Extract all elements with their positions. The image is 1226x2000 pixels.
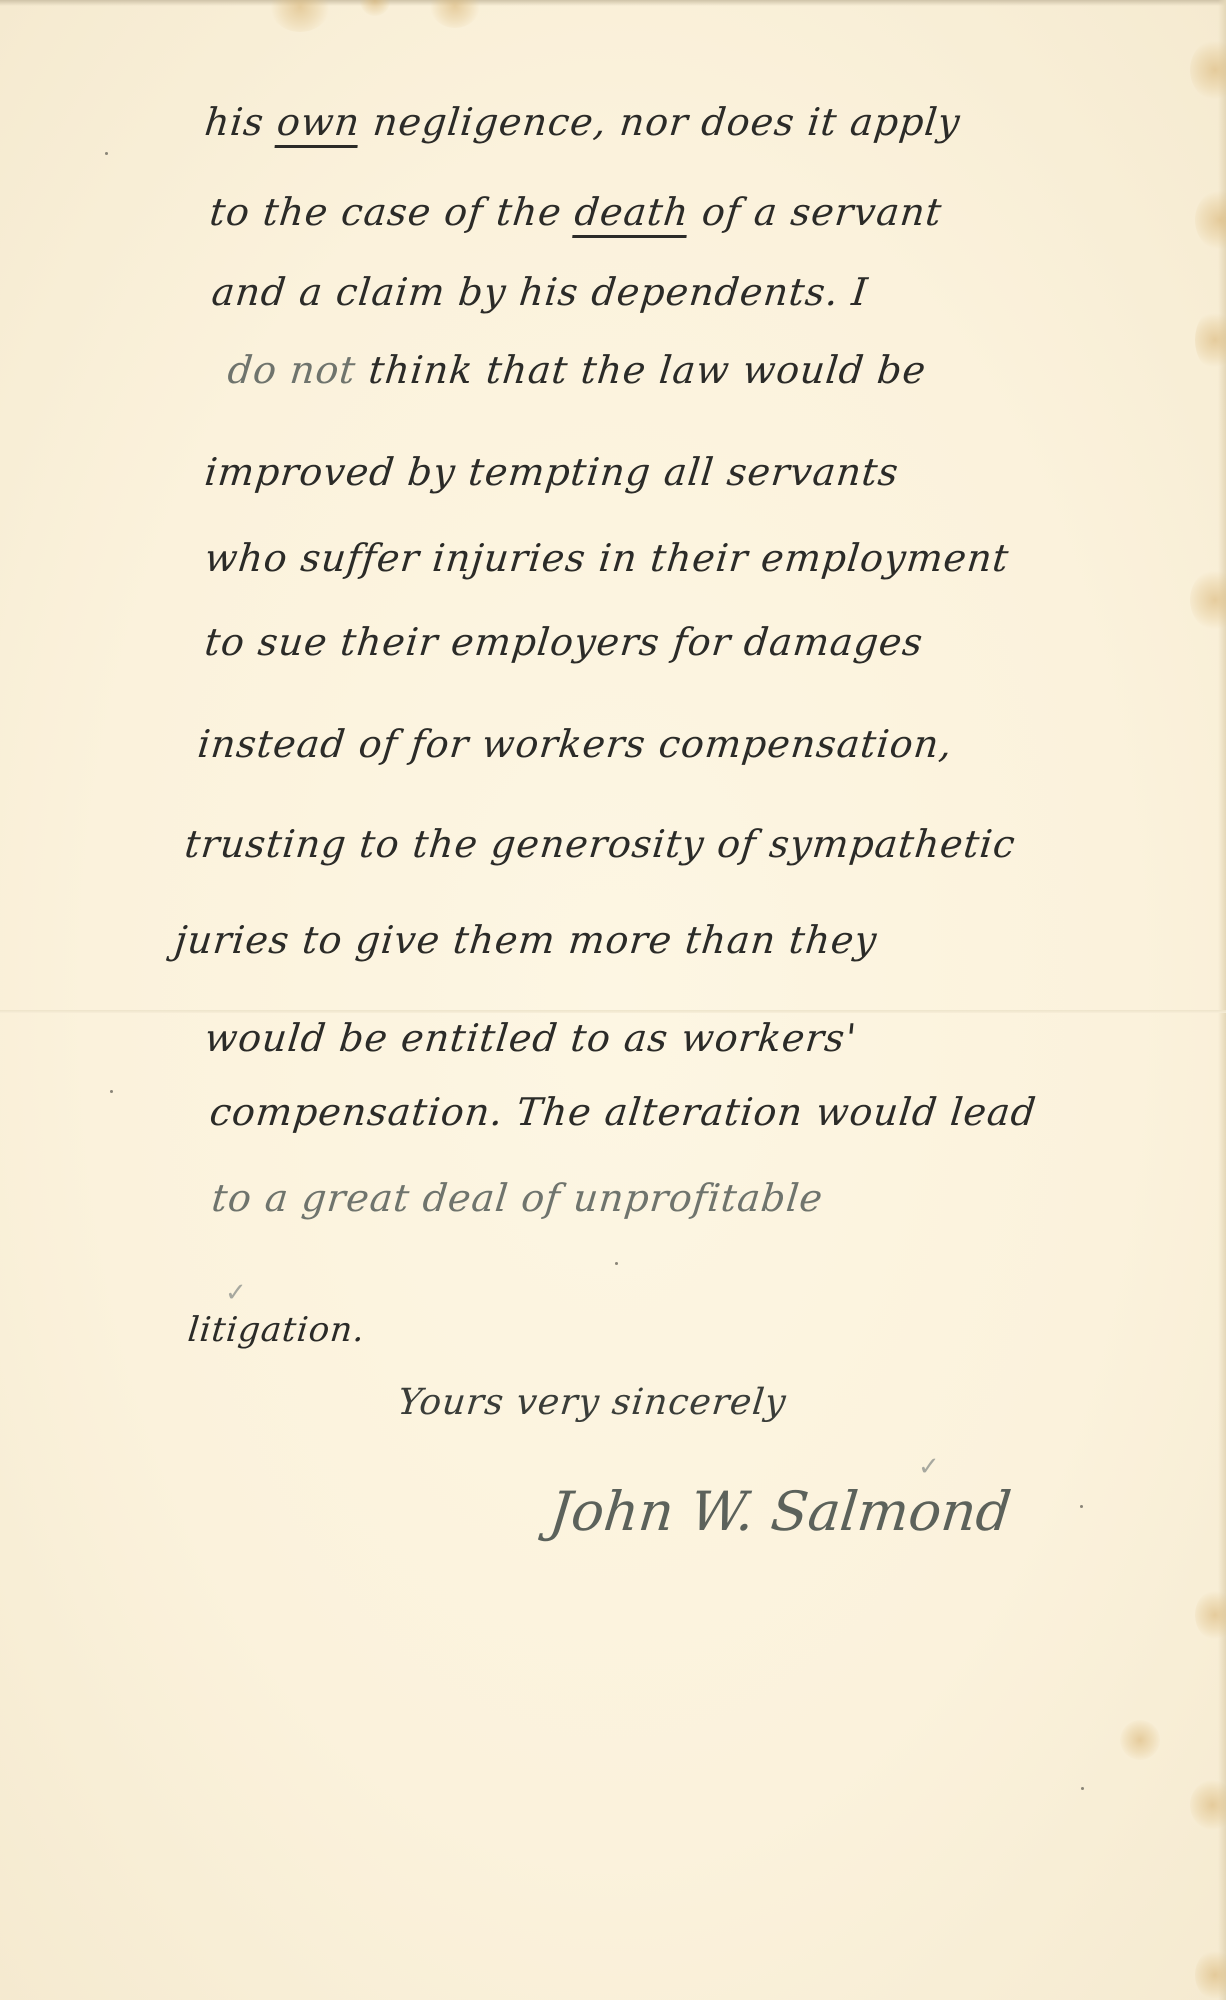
word: his (203, 100, 267, 144)
letter-line-13: to a great deal of unprofitable (210, 1176, 826, 1220)
letter-line-10: juries to give them more than they (173, 918, 880, 962)
word: to the case of the (208, 190, 564, 234)
letter-line-8: instead of for workers compensation, (196, 722, 955, 766)
paper-speck (1081, 1787, 1084, 1790)
letter-line-3: and a claim by his dependents. I (210, 270, 871, 314)
paper-speck (105, 152, 108, 155)
letter-line-6: who suffer injuries in their employment (203, 536, 1012, 580)
letter-line-2: to the case of the death of a servant (208, 190, 945, 234)
foxing-stain (1120, 1720, 1160, 1760)
letter-line-11: would be entitled to as workers' (203, 1016, 859, 1060)
paper-fold-crease (0, 1010, 1226, 1013)
underlined-word: own (275, 100, 363, 144)
letter-line-14: litigation. (186, 1310, 367, 1350)
word: think that the law would be (367, 348, 929, 392)
faint-words: do not (226, 348, 359, 392)
pencil-check-mark: ✓ (225, 1278, 247, 1308)
letter-line-12: compensation. The alteration would lead (208, 1090, 1039, 1134)
paper-speck (615, 1262, 618, 1265)
letter-line-4: do not think that the law would be (226, 348, 929, 392)
letter-signature: John W. Salmond (547, 1480, 1014, 1543)
word: of a servant (700, 190, 944, 234)
paper-top-edge (0, 0, 1226, 6)
letter-line-9: trusting to the generosity of sympatheti… (183, 822, 1018, 866)
letter-line-1: his own negligence, nor does it apply (203, 100, 963, 144)
word: negligence, nor does it apply (371, 100, 963, 144)
letter-closing: Yours very sincerely (396, 1382, 789, 1423)
letter-line-7: to sue their employers for damages (203, 620, 926, 664)
pencil-check-mark: ✓ (918, 1452, 940, 1482)
underlined-word: death (573, 190, 692, 234)
paper-right-edge (1218, 0, 1226, 2000)
paper-speck (110, 1090, 113, 1093)
letter-line-5: improved by tempting all servants (203, 450, 901, 494)
paper-speck (1080, 1505, 1083, 1508)
